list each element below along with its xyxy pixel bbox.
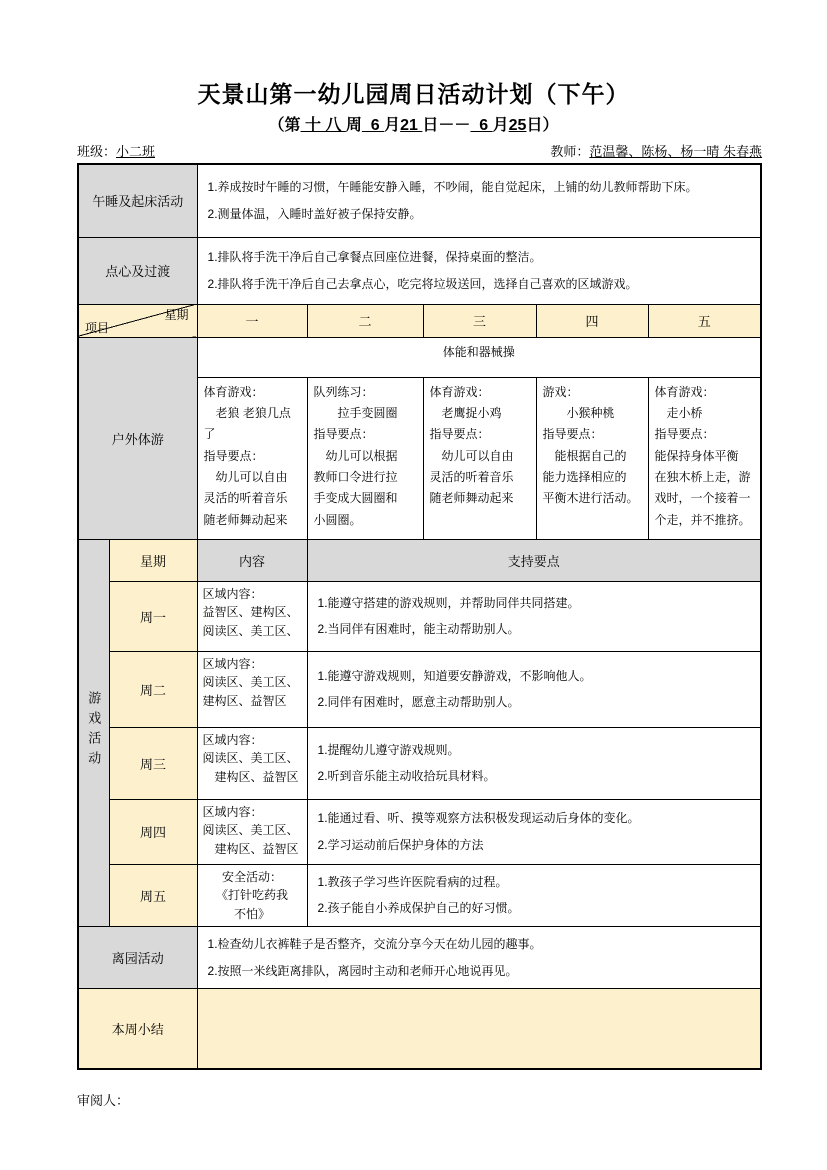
start-day-blank: 21 <box>400 117 422 134</box>
subtitle-text: 日－－ <box>422 117 470 134</box>
outdoor-tue: 队列练习： 拉手变圆圈 指导要点： 幼儿可以根据 教师口令进行拉 手变成大圆圈和… <box>307 377 423 539</box>
games-fri-day: 周五 <box>109 864 197 927</box>
subtitle-text: （第 <box>269 117 301 134</box>
games-mon-content: 区域内容： 益智区、建构区、 阅读区、美工区、 <box>197 581 307 651</box>
teacher-field: 教师：范温馨、陈杨、杨一晴 朱春燕 <box>550 141 762 160</box>
end-month-blank: 6 <box>470 117 492 134</box>
snack-content: 1.排队将手洗干净后自己拿餐点回座位进餐，保持桌面的整洁。 2.排队将手洗干净后… <box>197 237 761 304</box>
class-field: 班级：小二班 <box>77 141 213 160</box>
subtitle-text: 月 <box>384 117 400 134</box>
games-row-wed: 周三 区域内容： 阅读区、美工区、 建构区、益智区 1.提醒幼儿遵守游戏规则。 … <box>78 727 761 799</box>
outdoor-thu: 游戏： 小猴种桃 指导要点： 能根据自己的 能力选择相应的 平衡木进行活动。 <box>536 377 648 539</box>
outdoor-banner-row: 户外体游 体能和器械操 <box>78 337 761 377</box>
week-number-blank: 十 八 <box>301 117 346 134</box>
games-section-label-text: 游戏活动 <box>84 691 103 771</box>
games-header-content: 内容 <box>197 539 307 581</box>
games-header-points: 支持要点 <box>307 539 761 581</box>
games-wed-day: 周三 <box>109 727 197 799</box>
day-header-fri: 五 <box>648 304 761 337</box>
games-tue-day: 周二 <box>109 651 197 727</box>
plan-table: 午睡及起床活动 1.养成按时午睡的习惯，午睡能安静入睡，不吵闹，能自觉起床，上铺… <box>77 163 762 1070</box>
subtitle-text: 日） <box>526 117 558 134</box>
subtitle-text: 周 <box>346 117 362 134</box>
games-thu-content: 区域内容： 阅读区、美工区、 建构区、益智区 <box>197 799 307 864</box>
diagonal-header-cell: 星期 项目 <box>78 304 197 337</box>
games-row-mon: 周一 区域内容： 益智区、建构区、 阅读区、美工区、 1.能遵守搭建的游戏规则，… <box>78 581 761 651</box>
departure-label: 离园活动 <box>78 927 197 989</box>
departure-row: 离园活动 1.检查幼儿衣裤鞋子是否整齐，交流分享今天在幼儿园的趣事。 2.按照一… <box>78 927 761 989</box>
games-thu-day: 周四 <box>109 799 197 864</box>
games-mon-day: 周一 <box>109 581 197 651</box>
nap-content: 1.养成按时午睡的习惯，午睡能安静入睡，不吵闹，能自觉起床，上铺的幼儿教师帮助下… <box>197 164 761 237</box>
games-wed-points: 1.提醒幼儿遵守游戏规则。 2.听到音乐能主动收拾玩具材料。 <box>307 727 761 799</box>
page-subtitle: （第 十 八 周 6 月21 日－－ 6 月25日） <box>0 112 827 135</box>
games-header-row: 游戏活动 星期 内容 支持要点 <box>78 539 761 581</box>
snack-row: 点心及过渡 1.排队将手洗干净后自己拿餐点回座位进餐，保持桌面的整洁。 2.排队… <box>78 237 761 304</box>
day-header-mon: 一 <box>197 304 307 337</box>
games-thu-points: 1.能通过看、听、摸等观察方法积极发现运动后身体的变化。 2.学习运动前后保护身… <box>307 799 761 864</box>
outdoor-label: 户外体游 <box>78 337 197 539</box>
games-row-thu: 周四 区域内容： 阅读区、美工区、 建构区、益智区 1.能通过看、听、摸等观察方… <box>78 799 761 864</box>
class-value: 小二班 <box>116 144 213 159</box>
snack-label: 点心及过渡 <box>78 237 197 304</box>
outdoor-fri: 体育游戏： 走小桥 指导要点： 能保持身体平衡 在独木桥上走，游 戏时，一个接着… <box>648 377 761 539</box>
weekly-plan-document: 天景山第一幼儿园周日活动计划（下午） （第 十 八 周 6 月21 日－－ 6 … <box>0 0 827 1170</box>
info-row: 班级：小二班 教师：范温馨、陈杨、杨一晴 朱春燕 <box>77 141 762 160</box>
day-header-thu: 四 <box>536 304 648 337</box>
class-label: 班级： <box>77 144 116 159</box>
summary-row: 本周小结 <box>78 989 761 1069</box>
diagonal-item-label: 项目 <box>85 319 109 336</box>
day-header-tue: 二 <box>307 304 423 337</box>
end-day-blank: 25 <box>509 117 527 134</box>
start-month-blank: 6 <box>362 117 384 134</box>
nap-label: 午睡及起床活动 <box>78 164 197 237</box>
outdoor-mon: 体育游戏： 老狼 老狼几点 了 指导要点： 幼儿可以自由 灵活的听着音乐 随老师… <box>197 377 307 539</box>
games-row-tue: 周二 区域内容： 阅读区、美工区、 建构区、益智区 1.能遵守游戏规则，知道要安… <box>78 651 761 727</box>
games-mon-points: 1.能遵守搭建的游戏规则，并帮助同伴共同搭建。 2.当同伴有困难时，能主动帮助别… <box>307 581 761 651</box>
games-fri-content: 安全活动： 《打针吃药我 不怕》 <box>197 864 307 927</box>
summary-content <box>197 989 761 1069</box>
games-wed-content: 区域内容： 阅读区、美工区、 建构区、益智区 <box>197 727 307 799</box>
page-title: 天景山第一幼儿园周日活动计划（下午） <box>0 0 827 109</box>
departure-content: 1.检查幼儿衣裤鞋子是否整齐，交流分享今天在幼儿园的趣事。 2.按照一米线距离排… <box>197 927 761 989</box>
weekday-header-row: 星期 项目 一 二 三 四 五 <box>78 304 761 337</box>
summary-label: 本周小结 <box>78 989 197 1069</box>
outdoor-wed: 体育游戏： 老鹰捉小鸡 指导要点： 幼儿可以自由 灵活的听着音乐 随老师舞动起来 <box>423 377 536 539</box>
games-fri-points: 1.教孩子学习些许医院看病的过程。 2.孩子能自小养成保护自己的好习惯。 <box>307 864 761 927</box>
teacher-value: 范温馨、陈杨、杨一晴 朱春燕 <box>589 144 762 159</box>
games-tue-content: 区域内容： 阅读区、美工区、 建构区、益智区 <box>197 651 307 727</box>
nap-row: 午睡及起床活动 1.养成按时午睡的习惯，午睡能安静入睡，不吵闹，能自觉起床，上铺… <box>78 164 761 237</box>
reviewer-label: 审阅人： <box>77 1090 827 1109</box>
outdoor-banner: 体能和器械操 <box>197 337 761 377</box>
games-row-fri: 周五 安全活动： 《打针吃药我 不怕》 1.教孩子学习些许医院看病的过程。 2.… <box>78 864 761 927</box>
teacher-label: 教师： <box>550 144 589 159</box>
day-header-wed: 三 <box>423 304 536 337</box>
games-header-week: 星期 <box>109 539 197 581</box>
diagonal-week-label: 星期 <box>165 306 189 323</box>
games-tue-points: 1.能遵守游戏规则，知道要安静游戏，不影响他人。 2.同伴有困难时，愿意主动帮助… <box>307 651 761 727</box>
games-section-label: 游戏活动 <box>78 539 109 927</box>
subtitle-text: 月 <box>493 117 509 134</box>
